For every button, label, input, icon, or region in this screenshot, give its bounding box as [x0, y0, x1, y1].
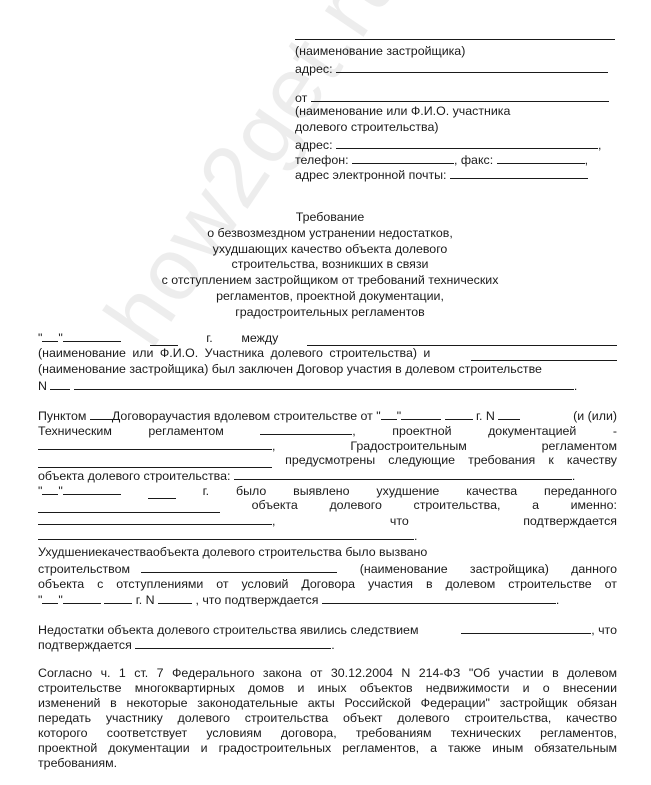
text: подтверждается	[38, 638, 132, 652]
year-suffix: г.	[206, 331, 212, 346]
evidence-field[interactable]	[322, 592, 556, 604]
text: участия	[368, 577, 413, 592]
contract-date-group: ""	[38, 330, 121, 346]
text: проектной	[392, 424, 451, 439]
participant-address-row: адрес: ,	[295, 137, 625, 153]
para2-line-8: , что подтверждается	[38, 513, 617, 529]
contract-details-field[interactable]	[74, 378, 574, 390]
developer-name-caption: (наименование застройщика)	[295, 44, 625, 59]
text: , что подтверждается	[195, 593, 318, 607]
para4-line-2: подтверждается .	[38, 637, 335, 653]
contract-concluded-text: (наименование застройщика) был заключен …	[38, 362, 542, 377]
text: качеству	[567, 453, 617, 468]
para2-line-4: предусмотрены следующие требования к кач…	[38, 453, 617, 468]
text: Недостатки объекта долевого строительств…	[38, 623, 418, 638]
law-line: передать участнику долевого строительств…	[38, 711, 617, 726]
text: строительством	[38, 562, 130, 576]
text: .	[331, 638, 334, 652]
day-field[interactable]	[42, 330, 58, 342]
title-line: градостроительных регламентов	[120, 305, 540, 321]
text: подтверждается	[523, 514, 617, 529]
fax-label: , факс:	[454, 153, 493, 167]
text: с	[97, 577, 103, 592]
month-field[interactable]	[63, 592, 101, 604]
contract-date-row: "" г. между	[38, 330, 617, 346]
law-line: которого соответствует условиям договора…	[38, 726, 617, 741]
text: Договораучастия вдолевом строительстве о…	[112, 409, 381, 423]
year-field[interactable]	[150, 334, 178, 346]
defect-description-field[interactable]	[38, 513, 272, 525]
group: строительством	[38, 561, 337, 577]
text: было	[236, 484, 266, 499]
contract-number-field[interactable]	[50, 378, 70, 390]
para2-line-3: , Градостроительным регламентом	[38, 438, 617, 454]
number-label: N	[38, 379, 47, 393]
text: условий	[242, 577, 289, 592]
month-field[interactable]	[63, 330, 121, 342]
from-label: от	[295, 91, 307, 105]
comma: ,	[585, 153, 588, 167]
text: выявлено	[293, 484, 349, 499]
group: ,	[38, 513, 275, 529]
para2-line-6: "" г. было выявлено ухудшение качества п…	[38, 483, 617, 499]
developer-address-label: адрес:	[295, 62, 333, 76]
day-field[interactable]	[381, 408, 397, 420]
text: долевого	[329, 498, 381, 513]
day-field[interactable]	[42, 592, 58, 604]
text: а	[532, 498, 539, 513]
text: регламентом	[542, 439, 617, 454]
email-field[interactable]	[450, 167, 588, 179]
para2-line-9: .	[38, 528, 417, 544]
developer-field[interactable]	[471, 349, 617, 361]
para4-line-1: Недостатки объекта долевого строительств…	[38, 622, 617, 638]
text: объекта	[252, 498, 298, 513]
comma: ,	[598, 138, 601, 152]
text: Техническим	[38, 424, 112, 439]
para2-line-2: Техническим регламентом , проектной доку…	[38, 423, 617, 439]
law-line: требованиям.	[38, 756, 617, 771]
text: объекта долевого строительства:	[38, 469, 230, 483]
text: Пунктом	[38, 409, 86, 423]
contract-number-row: N .	[38, 378, 577, 394]
text: от	[605, 577, 617, 592]
month-field[interactable]	[63, 483, 121, 495]
object-field[interactable]	[38, 501, 220, 513]
text: Договора	[301, 577, 355, 592]
day-field[interactable]	[42, 483, 58, 495]
para3-line-2: строительством (наименование застройщика…	[38, 561, 617, 577]
text: к	[548, 453, 553, 468]
phone-label: телефон:	[295, 153, 349, 167]
title-line: Требование	[120, 210, 540, 226]
developer-name-field[interactable]	[295, 28, 625, 44]
group: , что	[461, 622, 617, 638]
text: следующие	[388, 453, 455, 468]
group: ,	[260, 423, 355, 439]
text: г. N	[476, 409, 495, 423]
text: переданного	[544, 484, 617, 499]
text: Градостроительным	[350, 439, 466, 454]
participant-caption-2: долевого строительства)	[295, 120, 625, 135]
text: -	[613, 424, 617, 439]
number-field[interactable]	[498, 408, 520, 420]
text: строительстве	[508, 577, 591, 592]
title-line: с отступлением застройщиком от требовани…	[120, 273, 540, 289]
law-line: строительстве многоквартирных домов и ин…	[38, 681, 617, 696]
text: .	[414, 529, 417, 543]
para3-line-4: "" г. N , что подтверждается .	[38, 592, 559, 608]
text: что	[390, 514, 409, 529]
text: предусмотрены	[285, 453, 375, 468]
fax-field[interactable]	[497, 152, 585, 164]
developer-address-row: адрес:	[295, 61, 625, 77]
participant-address-label: адрес:	[295, 138, 333, 152]
text: ,	[272, 514, 275, 528]
participant-field[interactable]	[307, 334, 617, 346]
number-field[interactable]	[158, 592, 192, 604]
para3-line-3: объекта с отступлениями от условий Догов…	[38, 577, 617, 592]
clause-group: Пунктом Договораучастия вдолевом строите…	[38, 408, 520, 424]
para2-line-7: объекта долевого строительства, а именно…	[38, 498, 617, 513]
participant-name-field[interactable]	[311, 90, 609, 102]
contact-row: телефон: , факс: ,	[295, 152, 625, 168]
period: .	[574, 379, 577, 393]
month-field[interactable]	[401, 408, 441, 420]
text: долевом	[445, 577, 495, 592]
text: ,	[272, 439, 275, 453]
group: ,	[38, 438, 275, 454]
evidence-field[interactable]	[135, 637, 331, 649]
year-field[interactable]	[104, 592, 132, 604]
law-line: проектной документации и градостроительн…	[38, 741, 617, 756]
text: строительства,	[414, 498, 501, 513]
law-line: изменений в некоторые законодательные ак…	[38, 696, 617, 711]
text: документацией	[488, 424, 576, 439]
title-line: строительства, возникших в связи	[120, 257, 540, 273]
email-label: адрес электронной почты:	[295, 168, 446, 182]
tech-regulation-field[interactable]	[260, 423, 352, 435]
title-line: регламентов, проектной документации,	[120, 289, 540, 305]
text: .	[556, 593, 559, 607]
text: .	[572, 469, 575, 483]
text: данного	[571, 562, 617, 577]
between-label: между	[241, 331, 278, 346]
text: регламентом	[148, 424, 223, 439]
text: , что	[591, 623, 617, 637]
developer-address-field[interactable]	[336, 61, 608, 73]
date-group: ""	[38, 483, 121, 499]
urban-regulation-field[interactable]	[38, 456, 272, 468]
text: (наименование	[360, 562, 448, 577]
text: качества	[466, 484, 517, 499]
text: требования	[468, 453, 535, 468]
cause-field[interactable]	[461, 622, 591, 634]
text: объекта	[38, 577, 84, 592]
phone-field[interactable]	[352, 152, 454, 164]
text: в	[426, 577, 433, 592]
text: ,	[352, 424, 355, 438]
text: г. N	[136, 593, 155, 607]
clause-field[interactable]	[90, 408, 112, 420]
text: г.	[203, 484, 209, 499]
participant-address-field[interactable]	[336, 137, 598, 149]
document-title: Требование о безвозмездном устранении не…	[120, 210, 540, 321]
text: именно:	[571, 498, 617, 513]
year-field[interactable]	[445, 408, 473, 420]
title-line: о безвозмездном устранении недостатков,	[120, 226, 540, 242]
project-doc-field[interactable]	[38, 438, 272, 450]
text: от	[216, 577, 228, 592]
text: (и (или)	[573, 409, 617, 424]
parties-text: (наименование или Ф.И.О. Участника долев…	[38, 346, 430, 361]
title-line: ухудшающих качество объекта долевого	[120, 242, 540, 258]
para2-line-1: Пунктом Договораучастия вдолевом строите…	[38, 408, 617, 424]
contract-parties-row: (наименование или Ф.И.О. Участника долев…	[38, 346, 617, 361]
requirements-field[interactable]	[234, 468, 572, 480]
text: отступлениями	[116, 577, 203, 592]
email-row: адрес электронной почты:	[295, 167, 625, 183]
text: застройщика)	[470, 562, 549, 577]
law-line: Согласно ч. 1 ст. 7 Федерального закона …	[38, 666, 617, 681]
participant-caption-1: (наименование или Ф.И.О. участника	[295, 104, 625, 119]
developer-field[interactable]	[141, 561, 337, 573]
para2-line-5: объекта долевого строительства: .	[38, 468, 575, 484]
evidence-field[interactable]	[38, 528, 414, 540]
text: ухудшение	[376, 484, 439, 499]
document-page: how2get.ru (наименование застройщика) ад…	[0, 0, 651, 785]
para3-line-1: Ухудшениекачестваобъекта долевого строит…	[38, 545, 427, 560]
